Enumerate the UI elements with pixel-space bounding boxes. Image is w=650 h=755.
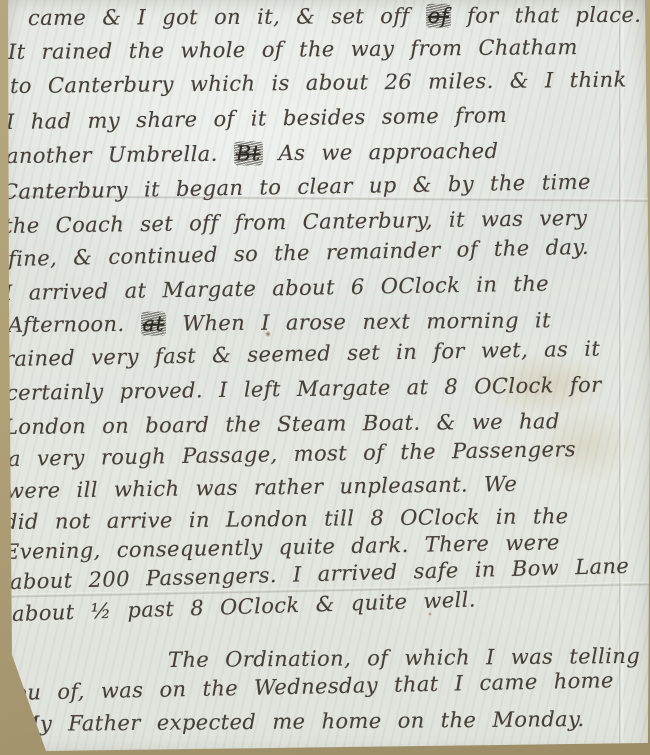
line-text: a very rough Passage, most of the Passen…	[8, 437, 576, 471]
line-text: fine, & continued so the remainder of th…	[8, 235, 589, 271]
letter-line: London on board the Steam Boat. & we had	[4, 409, 560, 439]
letter-line: did not arrive in London till 8 OClock i…	[4, 504, 569, 534]
line-text: another Umbrella.	[6, 142, 234, 168]
line-text: the Coach set off from Canterbury, it wa…	[4, 206, 588, 238]
letter-body: came & I got on it, & set off of for tha…	[0, 0, 650, 755]
line-text: were ill which was rather unpleasant. We	[6, 472, 518, 503]
line-text: I arrived at Margate about 6 OClock in t…	[4, 271, 549, 305]
letter-line: fine, & continued so the remainder of th…	[8, 235, 589, 271]
letter-line: a very rough Passage, most of the Passen…	[8, 437, 576, 471]
line-text: rained very fast & seemed set in for wet…	[4, 337, 601, 371]
letter-line: about ½ past 8 OClock & quite well.	[12, 587, 477, 626]
letter-line: you of, was on the Wednesday that I came…	[2, 668, 614, 705]
letter-line: the Coach set off from Canterbury, it wa…	[4, 206, 588, 238]
letter-line: another Umbrella. Bt As we approached	[6, 139, 499, 168]
line-text: came & I got on it, & set off	[28, 4, 426, 30]
letter-line: It rained the whole of the way from Chat…	[8, 35, 578, 64]
line-text: to Canterbury which is about 26 miles. &…	[10, 68, 627, 98]
line-text: Canterbury it began to clear up & by the…	[2, 170, 591, 204]
line-text: I had my share of it besides some from	[6, 103, 507, 134]
letter-line: came & I got on it, & set off of for tha…	[28, 3, 641, 30]
struck-word: of	[426, 4, 451, 28]
line-text: My Father expected me home on the Monday…	[18, 707, 585, 736]
line-text: The Ordination, of which I was telling	[168, 644, 640, 672]
photo-backdrop: came & I got on it, & set off of for tha…	[0, 0, 650, 755]
line-text: Afternoon.	[8, 312, 141, 337]
letter-line: certainly proved. I left Margate at 8 OC…	[6, 373, 602, 405]
line-text: about ½ past 8 OClock & quite well.	[12, 587, 477, 626]
letter-line: were ill which was rather unpleasant. We	[6, 472, 518, 503]
letter-line: Canterbury it began to clear up & by the…	[2, 170, 591, 204]
letter-line: The Ordination, of which I was telling	[168, 644, 640, 672]
letter-line: Afternoon. at When I arose next morning …	[8, 308, 551, 337]
struck-word: at	[140, 312, 166, 336]
line-text: did not arrive in London till 8 OClock i…	[4, 504, 569, 534]
line-text: It rained the whole of the way from Chat…	[8, 35, 578, 64]
line-text: As we approached	[262, 139, 498, 165]
letter-paper: came & I got on it, & set off of for tha…	[0, 0, 650, 755]
line-text: London on board the Steam Boat. & we had	[4, 409, 560, 439]
line-text: you of, was on the Wednesday that I came…	[2, 668, 614, 705]
struck-word: Bt	[234, 141, 263, 165]
letter-line: I had my share of it besides some from	[6, 103, 507, 134]
line-text: When I arose next morning it	[166, 308, 551, 335]
line-text: certainly proved. I left Margate at 8 OC…	[6, 373, 602, 405]
letter-line: My Father expected me home on the Monday…	[18, 707, 585, 736]
letter-line: to Canterbury which is about 26 miles. &…	[10, 68, 627, 98]
line-text: for that place.	[451, 3, 641, 28]
letter-line: I arrived at Margate about 6 OClock in t…	[4, 271, 549, 305]
letter-line: rained very fast & seemed set in for wet…	[4, 337, 601, 371]
